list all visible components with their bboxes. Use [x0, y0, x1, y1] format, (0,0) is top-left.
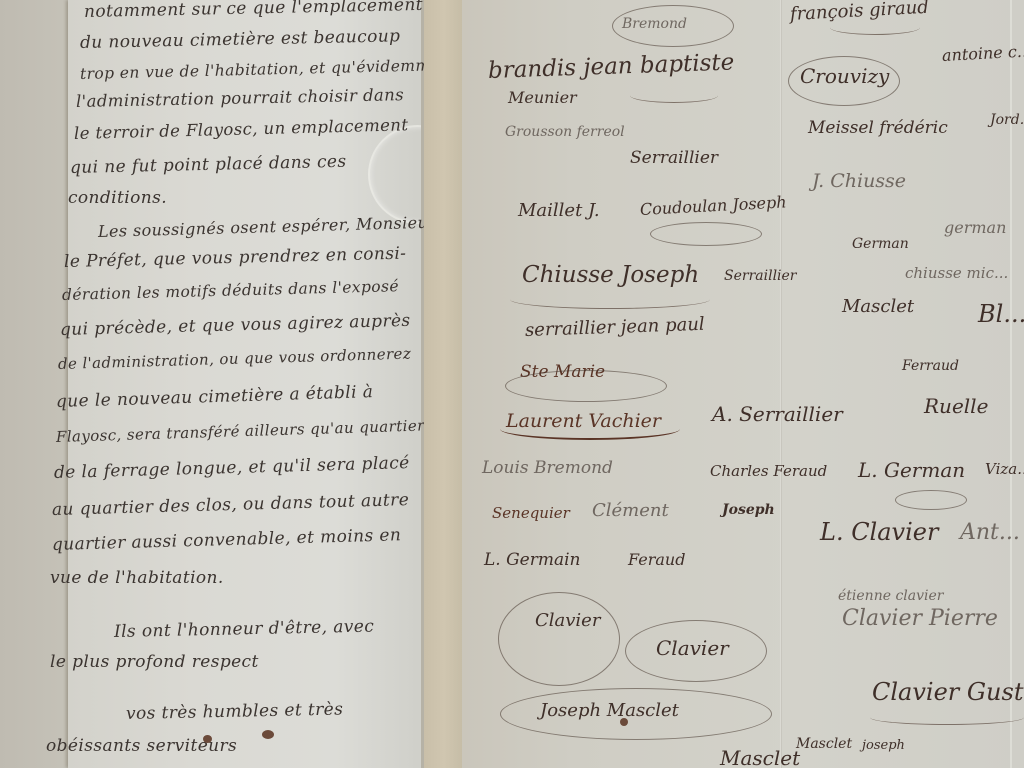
- signature: Masclet: [842, 296, 914, 317]
- signature-flourish: [895, 490, 967, 510]
- signature: Jord...: [990, 112, 1024, 128]
- letter-line: le plus profond respect: [50, 652, 259, 672]
- signature: Masclet: [796, 736, 852, 752]
- signature-flourish: [510, 290, 710, 309]
- signature: L. Clavier: [820, 518, 938, 546]
- document-photo: notamment sur ce que l'emplacement du no…: [0, 0, 1024, 768]
- signature: Joseph: [722, 502, 775, 518]
- signature-flourish: [650, 222, 762, 246]
- signature-flourish: [500, 418, 680, 440]
- signature: L. Germain: [484, 550, 581, 570]
- signature: Grousson ferreol: [505, 124, 625, 140]
- signature: Crouvizy: [800, 64, 889, 88]
- signature: Louis Bremond: [482, 458, 613, 478]
- signature-flourish: [870, 710, 1024, 725]
- signature: Bl...: [978, 300, 1024, 328]
- signature: Serraillier: [630, 148, 718, 168]
- signature: Clément: [592, 500, 669, 521]
- signature: Charles Feraud: [710, 462, 827, 480]
- signature: German: [852, 236, 909, 252]
- paper-fold: [780, 0, 782, 768]
- signature-flourish: [830, 20, 920, 35]
- signature-flourish: [505, 370, 667, 402]
- ink-blot: [620, 718, 628, 726]
- signature: L. German: [858, 458, 965, 482]
- signature: Senequier: [492, 504, 570, 522]
- signature-flourish: [498, 592, 620, 686]
- signature: Ruelle: [924, 394, 988, 418]
- signature: Feraud: [628, 550, 685, 569]
- signature: Clavier: [535, 610, 600, 631]
- signature: A. Serraillier: [712, 402, 843, 426]
- signature: Meunier: [508, 88, 577, 107]
- signature: Maillet J.: [518, 200, 600, 221]
- signature: étienne clavier: [838, 588, 943, 604]
- ink-blot: [203, 735, 212, 743]
- signature: Ant...: [960, 520, 1020, 545]
- signature: Meissel frédéric: [808, 118, 948, 138]
- page-gutter: [424, 0, 464, 768]
- letter-line: conditions.: [68, 188, 167, 208]
- signature: Viza...: [985, 460, 1024, 478]
- signature: joseph: [862, 738, 905, 753]
- signature: Bremond: [622, 16, 687, 32]
- signature: Masclet: [720, 746, 800, 768]
- signature: chiusse mic...: [905, 264, 1008, 282]
- signature: Ferraud: [902, 358, 959, 374]
- letter-line: vue de l'habitation.: [50, 568, 224, 588]
- signature: Clavier: [656, 636, 729, 660]
- signature: Clavier Gust...: [872, 678, 1024, 706]
- signature: Chiusse Joseph: [522, 262, 699, 288]
- signature: german: [944, 218, 1006, 237]
- signature-flourish: [500, 688, 772, 740]
- signature: J. Chiusse: [812, 170, 906, 192]
- ink-blot: [262, 730, 274, 739]
- signature-flourish: [630, 88, 718, 103]
- signature: Clavier Pierre: [842, 606, 998, 631]
- signature: Serraillier: [724, 268, 797, 284]
